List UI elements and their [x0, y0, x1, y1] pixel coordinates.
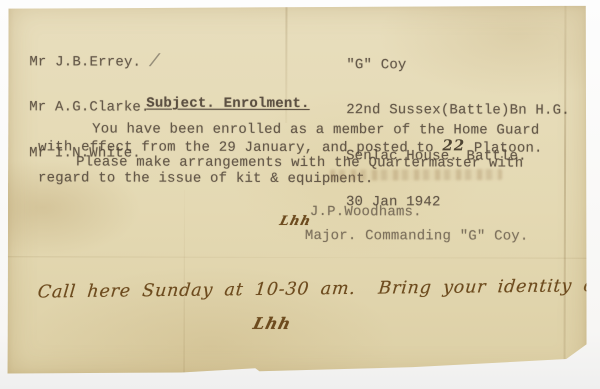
letter-paper: Mr J.B.Errey. Mr A.G.Clarke. Mr I.N.Whit… — [8, 4, 588, 376]
body-line-4: regard to the issue of kit & equipment. — [38, 171, 374, 187]
fold-crease-horizontal — [8, 256, 587, 259]
signatory-name: J.P.Woodhams. — [310, 205, 422, 221]
battalion-line: 22nd Sussex(Battle)Bn H.G. — [346, 104, 570, 120]
photo-background: Mr J.B.Errey. Mr A.G.Clarke. Mr I.N.Whit… — [0, 0, 600, 389]
faded-stamp — [330, 169, 502, 181]
note-initials: Lhh — [251, 314, 293, 333]
signatory-title: Major. Commanding "G" Coy. — [305, 229, 529, 245]
recipient-line: Mr J.B.Errey. — [29, 55, 149, 71]
company-line: "G" Coy — [346, 58, 570, 74]
subject-line: Subject. Enrolment. — [146, 97, 309, 113]
body-line-2-post: Platoon. — [465, 140, 542, 156]
body-line-1: You have been enrolled as a member of th… — [92, 122, 539, 138]
recipient-line: Mr A.G.Clarke. — [29, 101, 149, 117]
signature-initials: Lhh — [278, 214, 313, 229]
platoon-number-handwritten: 22 — [442, 138, 465, 153]
handwritten-note: Call here Sunday at 10-30 am. Bring your… — [37, 276, 600, 303]
